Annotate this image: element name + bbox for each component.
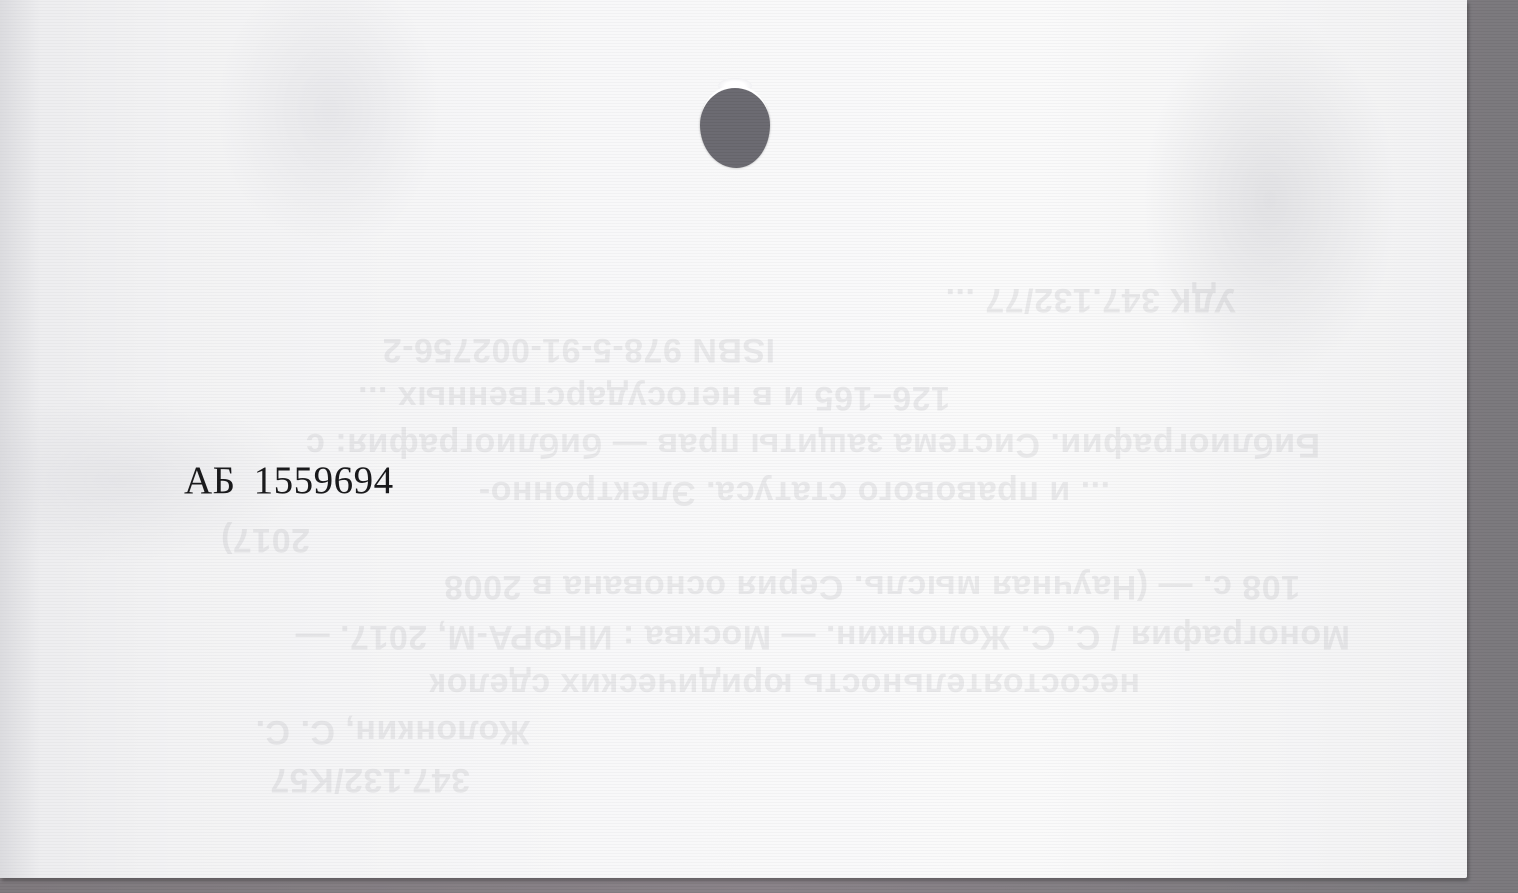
punch-hole bbox=[700, 88, 770, 168]
show-through-line: несостоятельность юридических сделок bbox=[255, 665, 1140, 704]
serial-prefix: АБ bbox=[184, 459, 236, 502]
show-through-line: Монография / С. С. Жолонкин. — Москва : … bbox=[190, 617, 1350, 656]
scanner-background: УДК 347.132/77 ... ISBN 978-5-91-002756-… bbox=[0, 0, 1518, 893]
paper-card: УДК 347.132/77 ... ISBN 978-5-91-002756-… bbox=[0, 0, 1467, 878]
show-through-line: 108 с. — (Научная мысль. Серия основана … bbox=[190, 567, 1300, 606]
show-through-line: ISBN 978-5-91-002756-2 bbox=[255, 330, 775, 369]
show-through-line: 126–165 и в негосударственных ... bbox=[190, 378, 950, 417]
serial-number: АБ1559694 bbox=[184, 458, 394, 503]
show-through-line: УДК 347.132/77 ... bbox=[945, 280, 1355, 319]
show-through-line: Жолонкин, С. С. bbox=[190, 712, 530, 751]
show-through-line: 347.132/K57 bbox=[190, 760, 470, 799]
serial-digits: 1559694 bbox=[254, 459, 394, 502]
show-through-line: ... и правового статуса. Электронно- bbox=[420, 473, 1110, 512]
show-through-line: 2017) bbox=[190, 520, 310, 559]
